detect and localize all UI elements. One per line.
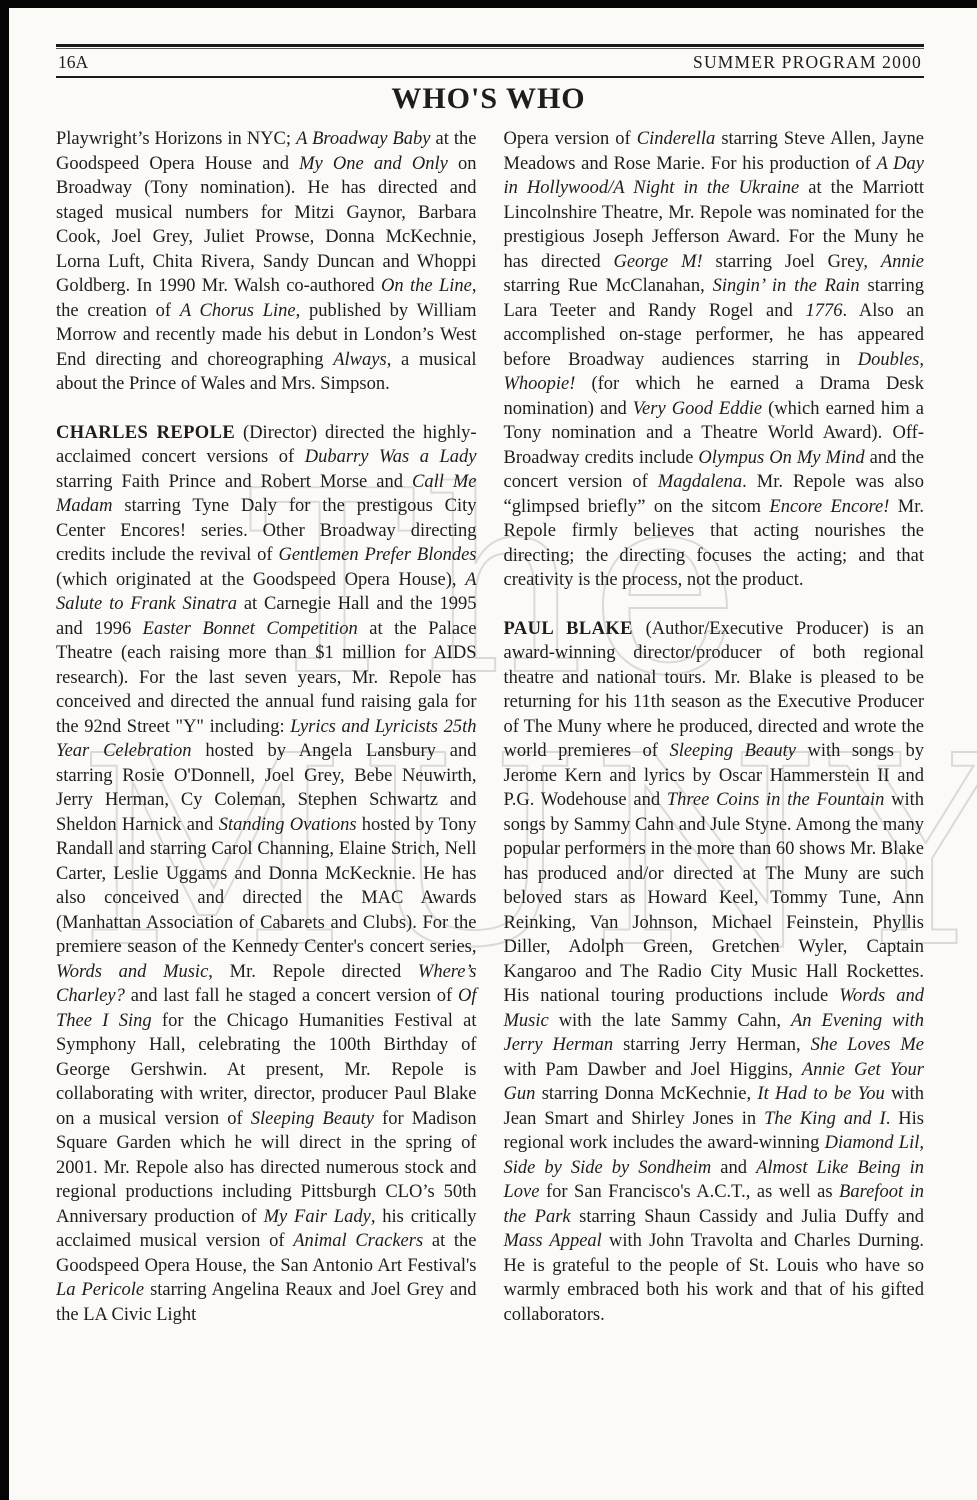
paragraph: Opera version of Cinderella starring Ste… (504, 127, 925, 593)
paragraph: CHARLES REPOLE (Director) directed the h… (56, 421, 477, 1328)
header-row: 16A SUMMER PROGRAM 2000 (56, 51, 924, 76)
header-rule-top-thin (56, 48, 924, 49)
page-header: 16A SUMMER PROGRAM 2000 (56, 44, 924, 78)
page-number: 16A (58, 52, 88, 73)
column-left: Playwright’s Horizons in NYC; A Broadway… (56, 127, 477, 1486)
program-title: SUMMER PROGRAM 2000 (693, 52, 922, 73)
header-rule-top (56, 44, 924, 47)
paragraph: PAUL BLAKE (Author/Executive Producer) i… (504, 617, 925, 1328)
column-right: Opera version of Cinderella starring Ste… (504, 127, 925, 1486)
scan-edge-left (0, 0, 9, 1500)
page-title: WHO'S WHO (0, 82, 977, 116)
paragraph: Playwright’s Horizons in NYC; A Broadway… (56, 127, 477, 397)
program-page: The MUNY 16A SUMMER PROGRAM 2000 WHO'S W… (0, 0, 977, 1500)
scan-edge-top (0, 0, 977, 8)
body-columns: Playwright’s Horizons in NYC; A Broadway… (56, 127, 924, 1486)
header-rule-bottom (56, 76, 924, 78)
